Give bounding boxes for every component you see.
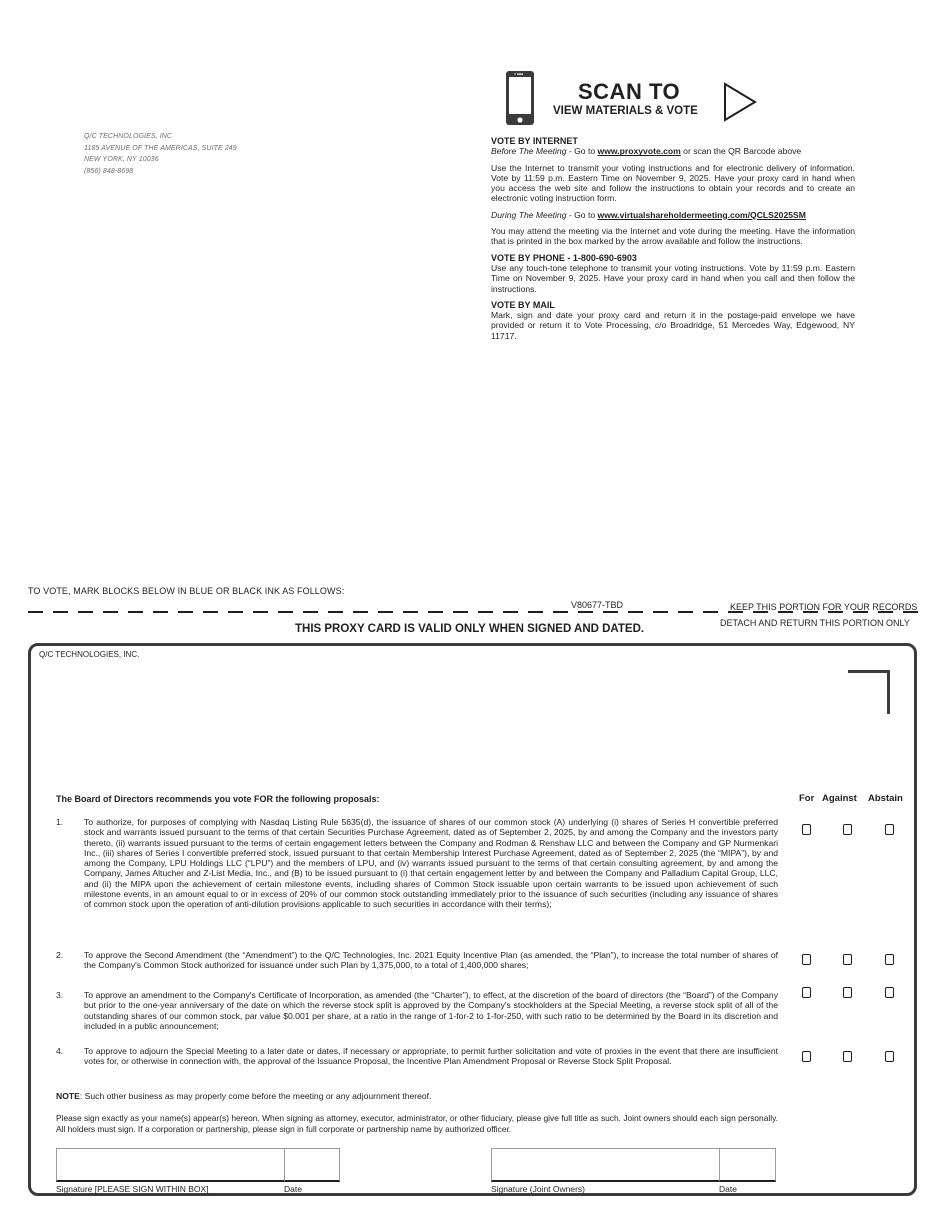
return-address-line: NEW YORK, NY 10036 bbox=[84, 154, 237, 166]
card-company-name: Q/C TECHNOLOGIES, INC. bbox=[39, 650, 139, 659]
date-field[interactable] bbox=[284, 1148, 340, 1182]
joint-signature-label: Signature (Joint Owners) bbox=[491, 1184, 585, 1194]
vote-internet-heading: VOTE BY INTERNET bbox=[491, 136, 855, 146]
proposal-3-for-checkbox[interactable] bbox=[802, 987, 811, 998]
joint-date-field[interactable] bbox=[719, 1148, 776, 1182]
signature-field[interactable] bbox=[56, 1148, 285, 1182]
proposal-text: To approve to adjourn the Special Meetin… bbox=[84, 1046, 778, 1067]
return-address-line: (856) 848-8698 bbox=[84, 166, 237, 178]
proposal-1-against-checkbox[interactable] bbox=[843, 824, 852, 835]
proposal-1: 1. To authorize, for purposes of complyi… bbox=[56, 817, 778, 910]
scan-subtitle: VIEW MATERIALS & VOTE bbox=[553, 105, 698, 117]
before-meeting-prefix: - Go to bbox=[566, 146, 597, 156]
vote-internet-body: Use the Internet to transmit your voting… bbox=[491, 163, 855, 204]
proposal-3: 3. To approve an amendment to the Compan… bbox=[56, 990, 778, 1031]
proposal-2-against-checkbox[interactable] bbox=[843, 954, 852, 965]
during-meeting-label: During The Meeting bbox=[491, 210, 566, 220]
vote-phone-heading: VOTE BY PHONE - 1-800-690-6903 bbox=[491, 253, 855, 263]
proposal-number: 3. bbox=[56, 990, 63, 1000]
vote-mail-heading: VOTE BY MAIL bbox=[491, 300, 855, 310]
signature-label: Signature [PLEASE SIGN WITHIN BOX] bbox=[56, 1184, 209, 1194]
virtual-meeting-link[interactable]: www.virtualshareholdermeeting.com/QCLS20… bbox=[598, 210, 806, 220]
before-meeting-label: Before The Meeting bbox=[491, 146, 566, 156]
scan-title: SCAN TO bbox=[578, 79, 680, 105]
proxyvote-link[interactable]: www.proxyvote.com bbox=[598, 146, 681, 156]
proposal-2-abstain-checkbox[interactable] bbox=[885, 954, 894, 965]
proposal-4-for-checkbox[interactable] bbox=[802, 1051, 811, 1062]
proposal-3-abstain-checkbox[interactable] bbox=[885, 987, 894, 998]
proposal-text: To approve the Second Amendment (the “Am… bbox=[84, 950, 778, 971]
joint-date-label: Date bbox=[719, 1184, 737, 1194]
column-abstain: Abstain bbox=[868, 793, 903, 804]
phone-icon bbox=[505, 70, 535, 126]
proposal-text: To approve an amendment to the Company's… bbox=[84, 990, 778, 1031]
return-address-line: Q/C TECHNOLOGIES, INC bbox=[84, 131, 237, 143]
valid-notice: THIS PROXY CARD IS VALID ONLY WHEN SIGNE… bbox=[295, 623, 644, 635]
note: NOTE: Such other business as may properl… bbox=[56, 1091, 431, 1101]
joint-signature-field[interactable] bbox=[491, 1148, 720, 1182]
proposal-number: 1. bbox=[56, 817, 63, 827]
note-label: NOTE bbox=[56, 1091, 80, 1101]
note-text: : Such other business as may properly co… bbox=[80, 1091, 432, 1101]
play-arrow-icon bbox=[723, 82, 757, 122]
during-meeting-body: You may attend the meeting via the Inter… bbox=[491, 226, 855, 247]
proposal-number: 2. bbox=[56, 950, 63, 960]
mark-instruction: TO VOTE, MARK BLOCKS BELOW IN BLUE OR BL… bbox=[28, 586, 344, 596]
proposal-1-for-checkbox[interactable] bbox=[802, 824, 811, 835]
column-against: Against bbox=[822, 793, 857, 804]
proposal-text: To authorize, for purposes of complying … bbox=[84, 817, 778, 910]
proposal-2-for-checkbox[interactable] bbox=[802, 954, 811, 965]
voting-instructions: VOTE BY INTERNET Before The Meeting - Go… bbox=[491, 136, 855, 347]
proposal-number: 4. bbox=[56, 1046, 63, 1056]
vote-phone-body: Use any touch-tone telephone to transmit… bbox=[491, 263, 855, 294]
proposal-4: 4. To approve to adjourn the Special Mee… bbox=[56, 1046, 778, 1067]
proposal-3-against-checkbox[interactable] bbox=[843, 987, 852, 998]
perforation-line bbox=[28, 611, 922, 613]
board-recommendation: The Board of Directors recommends you vo… bbox=[56, 794, 380, 804]
return-address: Q/C TECHNOLOGIES, INC 1185 AVENUE OF THE… bbox=[84, 131, 237, 177]
proposal-2: 2. To approve the Second Amendment (the … bbox=[56, 950, 778, 971]
during-meeting-prefix: - Go to bbox=[566, 210, 597, 220]
signing-instructions: Please sign exactly as your name(s) appe… bbox=[56, 1113, 778, 1134]
control-code: V80677-TBD bbox=[571, 600, 623, 610]
proposal-4-against-checkbox[interactable] bbox=[843, 1051, 852, 1062]
column-for: For bbox=[799, 793, 814, 804]
corner-mark bbox=[848, 670, 890, 714]
vote-mail-body: Mark, sign and date your proxy card and … bbox=[491, 310, 855, 341]
proposal-4-abstain-checkbox[interactable] bbox=[885, 1051, 894, 1062]
return-address-line: 1185 AVENUE OF THE AMERICAS, SUITE 249 bbox=[84, 143, 237, 155]
date-label: Date bbox=[284, 1184, 302, 1194]
proposal-1-abstain-checkbox[interactable] bbox=[885, 824, 894, 835]
before-meeting-suffix: or scan the QR Barcode above bbox=[681, 146, 801, 156]
detach-portion-label: DETACH AND RETURN THIS PORTION ONLY bbox=[720, 618, 910, 628]
